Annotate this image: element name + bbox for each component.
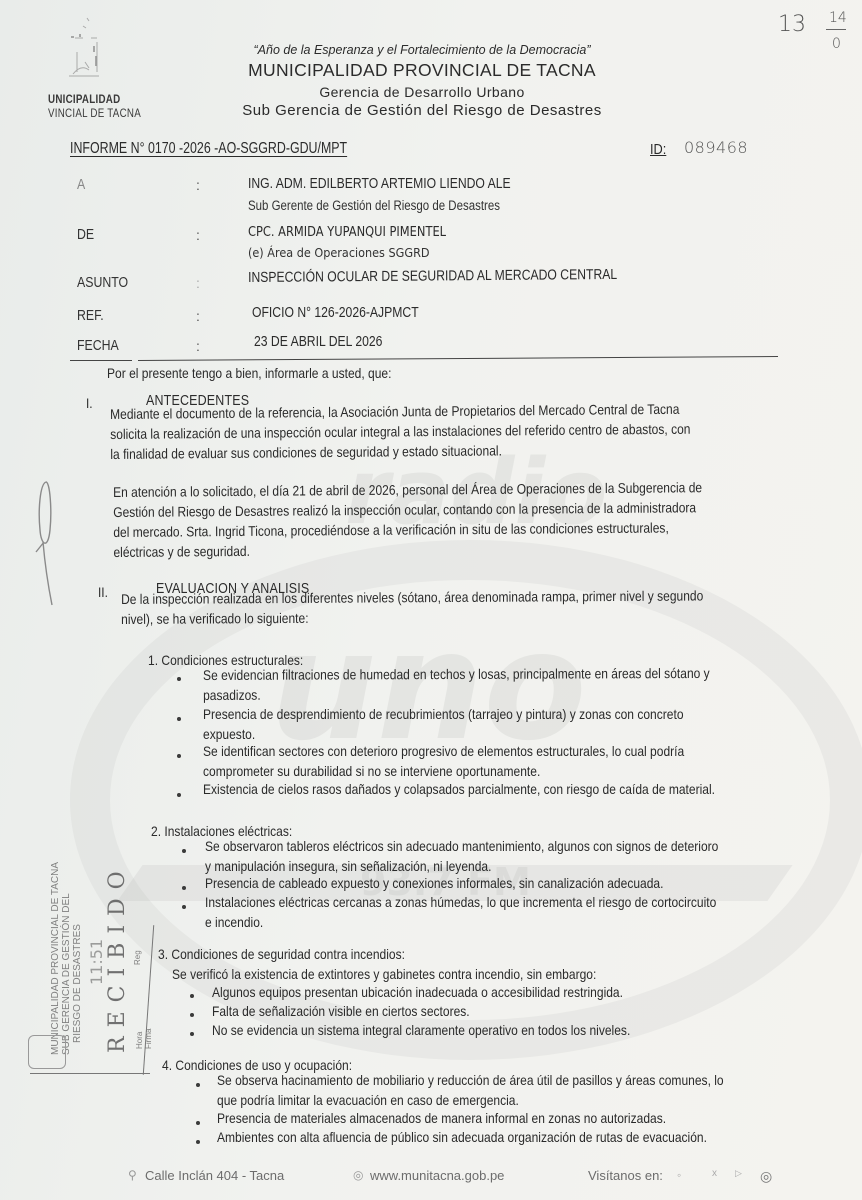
report-number: INFORME N° 0170 -2026 -AO-SGGRD-GDU/MPT [70,140,347,158]
field-colon: : [196,227,200,243]
field-colon: : [196,308,200,324]
field-colon: : [196,338,200,354]
handwritten-fraction-bottom: 0 [832,36,841,52]
stamp-entity-line: RIESGO DE DESASTRES [72,862,83,1055]
paragraph-evaluacion-intro: De la inspección realizada en los difere… [121,585,703,629]
bullet-item: Instalaciones eléctricas cercanas a zona… [205,892,716,932]
field-label-to: A [77,177,85,193]
subdepartment-name: Sub Gerencia de Gestión del Riesgo de De… [96,102,748,119]
bullet-icon [182,849,186,853]
stamp-received-word: RECIBIDO [105,862,130,1053]
location-pin-icon: ⚲ [128,1168,137,1182]
bullet-item: Presencia de cableado expuesto y conexio… [205,873,663,893]
field-value-date: 23 DE ABRIL DEL 2026 [254,334,382,350]
text-line: Presencia de desprendimiento de recubrim… [203,704,684,724]
paragraph-antecedentes-1: Mediante el documento de la referencia, … [110,399,691,464]
handwritten-fraction-top: 14 [829,10,847,26]
department-name: Gerencia de Desarrollo Urbano [96,84,748,100]
handwritten-page-number: 13 [778,12,806,37]
stamp-border-line [30,1073,150,1074]
text-line: e incendio. [205,912,716,932]
stamp-entity-line: MUNICIPALIDAD PROVINCIAL DE TACNA [50,862,61,1055]
bullet-icon [190,994,194,998]
bullet-icon [182,905,186,909]
footer-social-label: Visítanos en: [588,1168,663,1183]
field-value-ref: OFICIO N° 126-2026-AJPMCT [252,305,419,321]
field-label-ref: REF. [77,308,104,324]
bullet-icon [177,754,181,758]
text-line: Existencia de cielos rasos dañados y col… [203,779,715,799]
text-line: Algunos equipos presentan ubicación inad… [212,982,623,1002]
text-line: nivel), se ha verificado lo siguiente: [121,605,703,629]
field-label-date: FECHA [77,338,119,354]
field-value-to: ING. ADM. EDILBERTO ARTEMIO LIENDO ALE [248,176,511,192]
bullet-item: Falta de señalización visible en ciertos… [212,1001,470,1021]
text-line: Falta de señalización visible en ciertos… [212,1001,470,1021]
stamp-reg-label: Reg [133,950,142,965]
field-subvalue-from: (e) Área de Operaciones SGGRD [248,245,430,260]
bullet-icon [196,1121,200,1125]
text-line: pasadizos. [203,683,710,705]
bullet-icon [190,1032,194,1036]
bullet-item: Presencia de materiales almacenados de m… [217,1108,666,1128]
bullet-item: No se evidencia un sistema integral clar… [212,1020,630,1040]
text-line: Se observaron tableros eléctricos sin ad… [205,836,718,856]
text-line: De la inspección realizada en los difere… [121,585,703,609]
intro-text: Por el presente tengo a bien, informarle… [107,363,391,383]
bullet-icon [196,1140,200,1144]
globe-icon: ◎ [353,1168,363,1182]
bullet-item: Algunos equipos presentan ubicación inad… [212,982,623,1002]
handwritten-fraction-bar [826,29,846,30]
institution-name: MUNICIPALIDAD PROVINCIAL DE TACNA [96,60,748,81]
footer-website[interactable]: www.munitacna.gob.pe [370,1168,504,1183]
bullet-icon [177,793,181,797]
twitter-icon[interactable]: x [712,1168,717,1179]
field-label-subject: ASUNTO [77,275,128,291]
bullet-item: Se identifican sectores con deterioro pr… [203,741,684,781]
text-line: Presencia de cableado expuesto y conexio… [205,873,663,893]
report-id-value: 089468 [684,138,748,157]
text-line: Instalaciones eléctricas cercanas a zona… [205,892,716,912]
footer-address: Calle Inclán 404 - Tacna [145,1168,284,1183]
divider-left [70,360,132,361]
field-subvalue-to: Sub Gerente de Gestión del Riesgo de Des… [248,198,500,213]
bullet-item: Presencia de desprendimiento de recubrim… [203,704,684,744]
subsection-title-fire-safety: 3. Condiciones de seguridad contra incen… [158,946,405,962]
margin-signature-icon [20,470,70,610]
divider-main [138,356,778,361]
bullet-icon [190,1013,194,1017]
stamp-entity-line: SUB GERENCIA DE GESTIÓN DEL [61,862,72,1055]
subsection-lead-fire-safety: Se verificó la existencia de extintores … [172,966,596,982]
received-stamp: MUNICIPALIDAD PROVINCIAL DE TACNA SUB GE… [20,885,150,1075]
bullet-item: Existencia de cielos rasos dañados y col… [203,779,715,799]
bullet-item: Ambientes con alta afluencia de público … [217,1127,707,1147]
instagram-icon[interactable]: ◎ [760,1168,772,1185]
stamp-rotated-content: MUNICIPALIDAD PROVINCIAL DE TACNA SUB GE… [50,862,153,1055]
facebook-icon[interactable]: ◦ [677,1168,681,1182]
section-number: I. [86,395,93,411]
text-line: Se identifican sectores con deterioro pr… [203,741,684,761]
text-line: Se evidencian filtraciones de humedad en… [203,663,710,685]
text-line: que podría limitar la evacuación en caso… [217,1090,724,1110]
stamp-seal-icon [28,1035,66,1069]
bullet-item: Se observa hacinamiento de mobiliario y … [217,1070,724,1110]
stamp-handwritten-time: 11:51 [87,939,106,985]
field-value-subject: INSPECCIÓN OCULAR DE SEGURIDAD AL MERCAD… [248,267,617,286]
field-value-from: CPC. ARMIDA YUPANQUI PIMENTEL [248,225,446,240]
text-line: comprometer su durabilidad si no se inte… [203,761,684,781]
field-colon: : [196,275,200,291]
bullet-item: Se observaron tableros eléctricos sin ad… [205,836,718,876]
year-motto: “Año de la Esperanza y el Fortalecimient… [96,43,748,57]
text-line: Presencia de materiales almacenados de m… [217,1108,666,1128]
youtube-icon[interactable]: ▷ [735,1168,742,1179]
paragraph-antecedentes-2: En atención a lo solicitado, el día 21 d… [113,477,702,562]
bullet-item: Se evidencian filtraciones de humedad en… [203,663,710,705]
text-line: Ambientes con alta afluencia de público … [217,1127,707,1147]
bullet-icon [177,717,181,721]
report-id-label: ID: [650,141,666,158]
section-number: II. [98,584,108,600]
text-line: No se evidencia un sistema integral clar… [212,1020,630,1040]
stamp-hora-label: Hora [135,1032,144,1049]
bullet-icon [182,886,186,890]
text-line: Se observa hacinamiento de mobiliario y … [217,1070,724,1090]
field-colon: : [196,177,200,193]
bullet-icon [177,677,181,681]
field-label-from: DE [77,227,94,243]
bullet-icon [196,1083,200,1087]
